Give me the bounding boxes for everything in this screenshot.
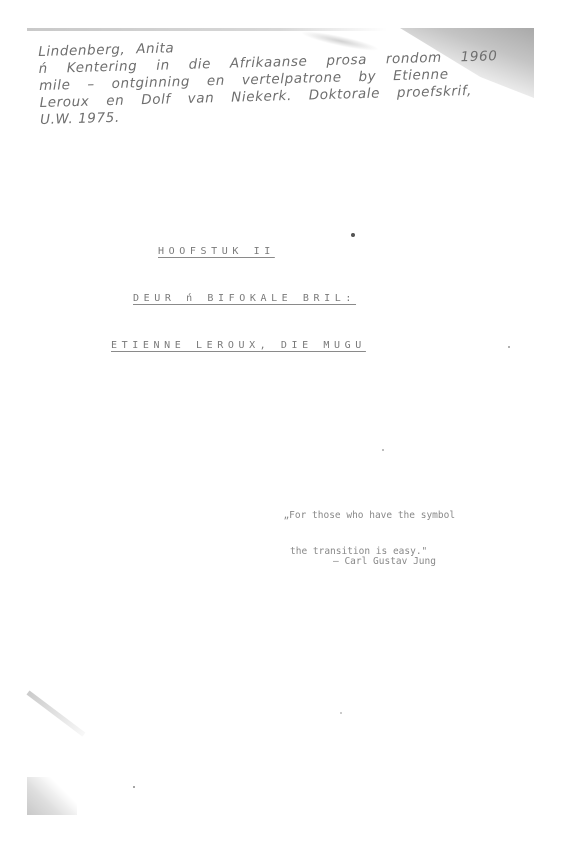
page-corner-shadow (27, 777, 77, 815)
ink-speck (508, 346, 510, 348)
ink-speck (133, 786, 135, 788)
ink-speck (351, 233, 355, 237)
ink-speck (340, 712, 342, 714)
chapter-title-line-1: DEUR ń BIFOKALE BRIL: (133, 293, 356, 304)
epigraph-attribution: – Carl Gustav Jung (333, 556, 436, 567)
page-top-edge-shadow (27, 28, 387, 31)
handwritten-citation: Lindenberg, Anita ń Kentering in die Afr… (38, 30, 540, 129)
ink-speck (382, 449, 384, 451)
epigraph-line-1: „For those who have the symbol (283, 510, 455, 521)
chapter-heading: HOOFSTUK II (158, 246, 275, 257)
scanned-page (27, 28, 534, 815)
chapter-title-line-2: ETIENNE LEROUX, DIE MUGU (111, 340, 366, 351)
